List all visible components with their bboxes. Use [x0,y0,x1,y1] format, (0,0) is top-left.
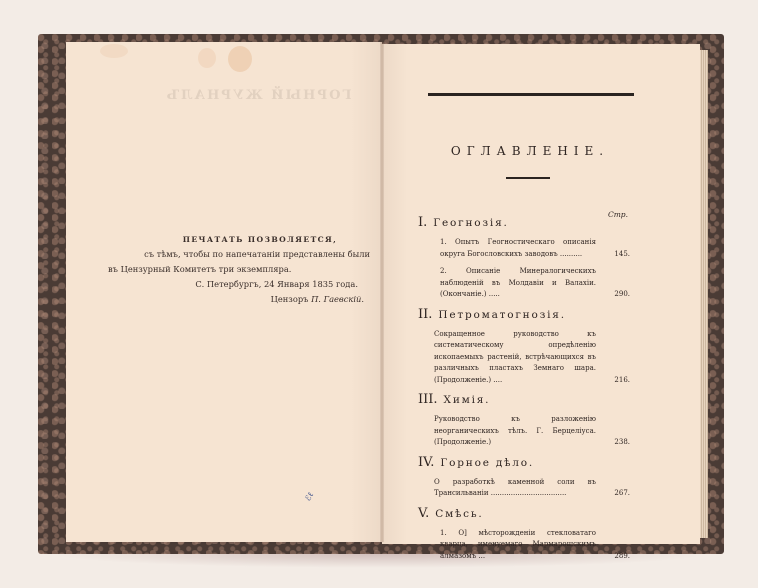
imprimatur-block: ПЕЧАТАТЬ ПОЗВОЛЯЕТСЯ, съ тѣмъ, чтобы по … [80,232,370,307]
toc-entry[interactable]: Руководство къ разложенію неорганических… [418,414,630,449]
top-rule [428,93,634,96]
section-title: Геогнозія. [433,217,508,229]
section-title: Горное дѣло. [440,457,534,469]
toc-entry[interactable]: О разработкѣ каменной соли въ Трансильва… [418,477,630,500]
entry-page: 289. [614,551,630,563]
toc-entry[interactable]: Сокращенное руководство къ систематическ… [418,329,630,387]
stain [100,44,128,58]
entry-page: 290. [614,289,630,301]
imprimatur-place-date: С. Петербургъ, 24 Января 1835 года. [80,277,370,292]
entry-text: 1. Опытъ Геогностическаго описанія округ… [440,237,630,260]
section-heading: II.Петроматогнозія. [418,307,630,323]
toc-section: IV.Горное дѣло. О разработкѣ каменной со… [418,455,630,500]
imprimatur-censor: Цензоръ П. Гаевскій. [80,292,370,307]
page-edges [700,50,708,538]
entry-text: Сокращенное руководство къ систематическ… [434,329,630,387]
section-numeral: III. [418,392,438,407]
entry-page: 238. [614,437,630,449]
entry-page: 145. [614,249,630,261]
section-numeral: I. [418,215,427,230]
entry-page: 267. [614,488,630,500]
section-title: Петроматогнозія. [438,309,565,321]
section-numeral: IV. [418,455,434,470]
book-gutter [380,42,384,542]
entry-text: 2. Описаніе Минералогическихъ наблюденій… [440,266,630,301]
toc-entry[interactable]: 2. Описаніе Минералогическихъ наблюденій… [418,266,630,301]
stain [198,48,216,68]
entry-text: О разработкѣ каменной соли въ Трансильва… [434,477,630,500]
entry-text: Руководство къ разложенію неорганических… [434,414,630,449]
toc-entry[interactable]: 1. Опытъ Геогностическаго описанія округ… [418,237,630,260]
stain [228,46,252,72]
section-heading: IV.Горное дѣло. [418,455,630,471]
section-heading: I.Геогнозія. [418,215,630,231]
imprimatur-heading: ПЕЧАТАТЬ ПОЗВОЛЯЕТСЯ, [150,232,370,247]
entry-text: 1. О] мѣсторожденіи стекловатаго кварца,… [440,528,630,563]
toc-section: III.Химія. Руководство къ разложенію нео… [418,392,630,449]
toc-entry[interactable]: 1. О] мѣсторожденіи стекловатаго кварца,… [418,528,630,563]
show-through-title: ГОРНЫЙ ЖУРНАЛЪ [158,88,358,103]
toc-section: II.Петроматогнозія. Сокращенное руководс… [418,307,630,387]
toc-section: I.Геогнозія. 1. Опытъ Геогностическаго о… [418,215,630,301]
section-numeral: II. [418,307,432,322]
censor-name: П. Гаевскій. [311,294,364,304]
section-heading: V.Смѣсь. [418,506,630,522]
section-numeral: V. [418,506,429,521]
entry-page: 216. [614,375,630,387]
section-heading: III.Химія. [418,392,630,408]
section-title: Смѣсь. [435,508,483,520]
table-of-contents: Стр. I.Геогнозія. 1. Опытъ Геогностическ… [418,210,630,568]
imprimatur-line-2: въ Цензурный Комитетъ три экземпляра. [80,262,370,277]
section-title: Химія. [444,394,491,406]
toc-title: ОГЛАВЛЕНІЕ. [420,144,640,158]
censor-label: Цензоръ [271,294,309,304]
toc-section: V.Смѣсь. 1. О] мѣсторожденіи стекловатаг… [418,506,630,563]
imprimatur-line-1: съ тѣмъ, чтобы по напечатаніи представле… [80,247,370,262]
title-underline [506,177,550,179]
